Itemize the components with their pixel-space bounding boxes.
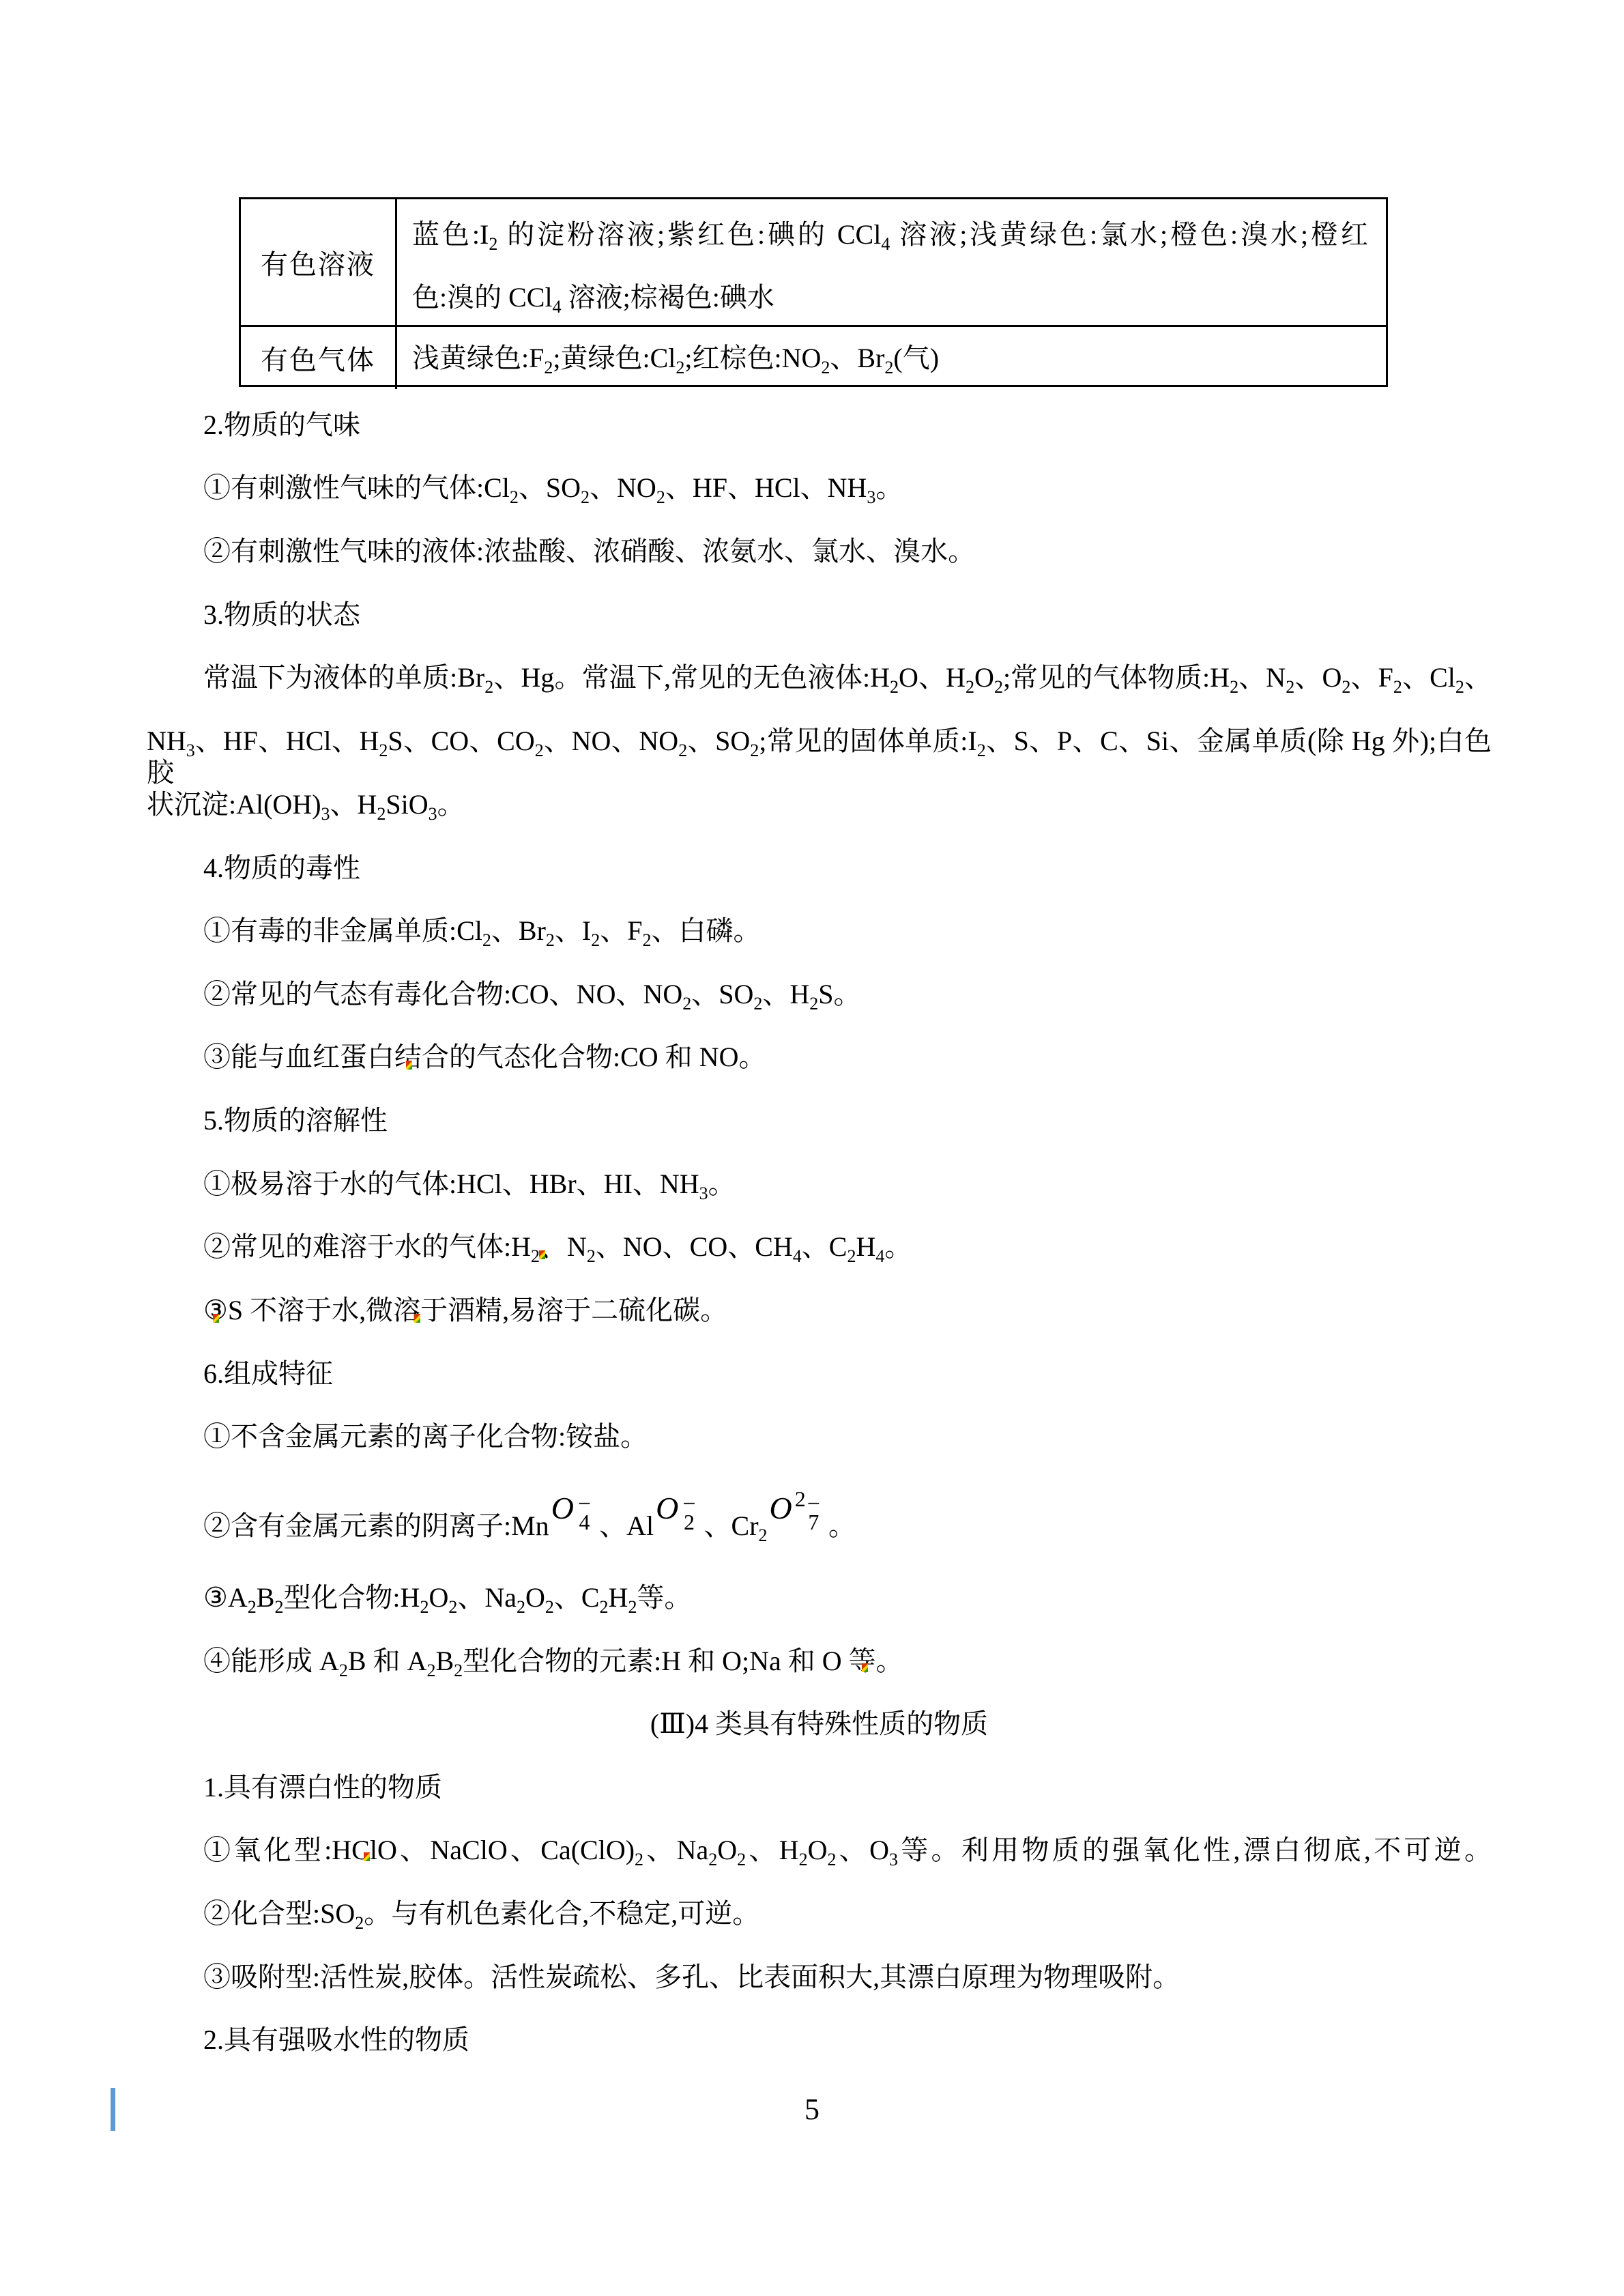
document-line: 5.物质的溶解性 bbox=[203, 1105, 388, 1136]
equation-oxygen: O bbox=[770, 1491, 792, 1525]
document-line: ①有毒的非金属单质:Cl2、Br2、I2、F2、白磷。 bbox=[203, 915, 760, 947]
document-line: ③S 不溶于水,微溶于酒精,易溶于二硫化碳。 bbox=[203, 1295, 727, 1326]
document-line: ①有刺激性气味的气体:Cl2、SO2、NO2、HF、HCl、NH3。 bbox=[203, 472, 903, 504]
document-line: 状沉淀:Al(OH)3、H2SiO3。 bbox=[147, 789, 465, 820]
document-line: 3.物质的状态 bbox=[203, 599, 360, 631]
colored-substances-table: 有色溶液 蓝色:I2 的淀粉溶液;紫红色:碘的 CCl4 溶液;浅黄绿色:氯水;… bbox=[239, 197, 1388, 387]
document-line: 常温下为液体的单质:Br2、Hg。常温下,常见的无色液体:H2O、H2O2;常见… bbox=[203, 662, 1492, 693]
document-line: 2.物质的气味 bbox=[203, 410, 360, 441]
document-line: 4.物质的毒性 bbox=[203, 852, 360, 884]
document-line: ①不含金属元素的离子化合物:铵盐。 bbox=[203, 1421, 648, 1452]
table-cell-colored-gases: 浅黄绿色:F2;黄绿色:Cl2;红棕色:NO2、Br2(气) bbox=[397, 327, 1386, 389]
document-line: 2.具有强吸水性的物质 bbox=[203, 2024, 469, 2056]
equation-oxygen: O bbox=[551, 1491, 574, 1525]
document-line: ②化合型:SO2。与有机色素化合,不稳定,可逆。 bbox=[203, 1898, 759, 1929]
equation-digit-with-minus: −7 bbox=[807, 1498, 820, 1534]
table-cell-line: 色:溴的 CCl4 溶液;棕褐色:碘水 bbox=[412, 266, 1368, 329]
document-line: ②有刺激性气味的液体:浓盐酸、浓硝酸、浓氨水、氯水、溴水。 bbox=[203, 536, 975, 567]
document-line: ③能与血红蛋白结合的气态化合物:CO 和 NO。 bbox=[203, 1042, 766, 1073]
document-line: ①氧化型:HClO、NaClO、Ca(ClO)2、Na2O2、H2O2、O3等。… bbox=[203, 1835, 1492, 1866]
table-cell-line: 浅黄绿色:F2;黄绿色:Cl2;红棕色:NO2、Br2(气) bbox=[412, 327, 939, 390]
table-cell-line: 蓝色:I2 的淀粉溶液;紫红色:碘的 CCl4 溶液;浅黄绿色:氯水;橙色:溴水… bbox=[412, 203, 1368, 266]
equation-digit-with-minus: −4 bbox=[578, 1498, 591, 1534]
document-line: ③A2B2型化合物:H2O2、Na2O2、C2H2等。 bbox=[203, 1582, 691, 1613]
page-number: 5 bbox=[0, 2094, 1624, 2125]
document-line: ②常见的难溶于水的气体:H2、N2、NO、CO、CH4、C2H4。 bbox=[203, 1231, 912, 1263]
equation-superscript: 2 bbox=[795, 1487, 806, 1511]
document-line: 6.组成特征 bbox=[203, 1358, 333, 1390]
cursor-bar bbox=[111, 2088, 115, 2131]
document-line: ②含有金属元素的阴离子:MnO−4、AlO−2、Cr2O2−7。 bbox=[203, 1498, 856, 1542]
document-line: ②常见的气态有毒化合物:CO、NO、NO2、SO2、H2S。 bbox=[203, 979, 861, 1010]
document-line: NH3、HF、HCl、H2S、CO、CO2、NO、NO2、SO2;常见的固体单质… bbox=[147, 726, 1492, 788]
document-line: 1.具有漂白性的物质 bbox=[203, 1772, 442, 1803]
document-line: ④能形成 A2B 和 A2B2型化合物的元素:H 和 O;Na 和 O 等。 bbox=[203, 1646, 903, 1677]
spellcheck-mark bbox=[213, 1314, 219, 1323]
spellcheck-mark bbox=[364, 1852, 370, 1861]
spellcheck-mark bbox=[862, 1663, 868, 1672]
document-line: ①极易溶于水的气体:HCl、HBr、HI、NH3。 bbox=[203, 1168, 736, 1200]
equation-digit-with-minus: −2 bbox=[682, 1498, 695, 1534]
document-line: ③吸附型:活性炭,胶体。活性炭疏松、多孔、比表面积大,其漂白原理为物理吸附。 bbox=[203, 1962, 1180, 1993]
table-row-label-colored-gases: 有色气体 bbox=[241, 327, 397, 389]
table-row-label-colored-solutions: 有色溶液 bbox=[241, 199, 397, 327]
table-cell-colored-solutions: 蓝色:I2 的淀粉溶液;紫红色:碘的 CCl4 溶液;浅黄绿色:氯水;橙色:溴水… bbox=[397, 199, 1386, 327]
equation-oxygen: O bbox=[656, 1491, 678, 1525]
spellcheck-mark bbox=[539, 1250, 545, 1259]
spellcheck-mark bbox=[414, 1314, 420, 1323]
document-line: (Ⅲ)4 类具有特殊性质的物质 bbox=[147, 1708, 1492, 1740]
document-page: 有色溶液 蓝色:I2 的淀粉溶液;紫红色:碘的 CCl4 溶液;浅黄绿色:氯水;… bbox=[0, 0, 1624, 2296]
spellcheck-mark bbox=[406, 1061, 412, 1070]
